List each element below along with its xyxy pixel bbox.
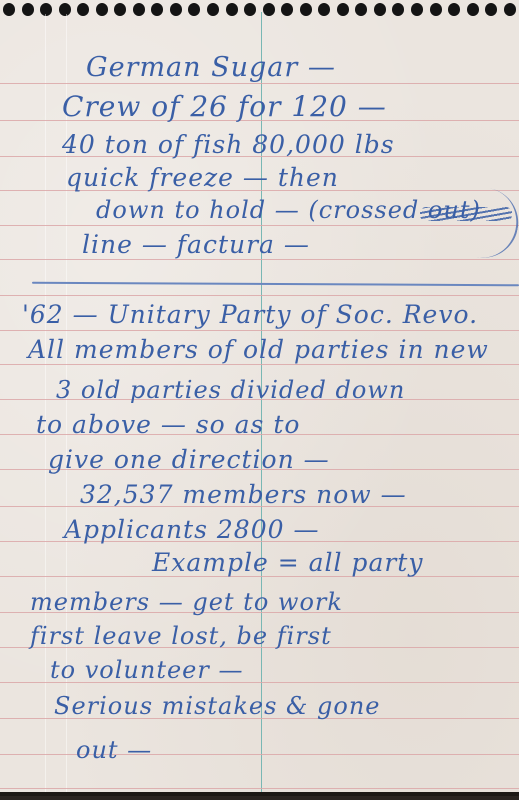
spiral-binding [0, 0, 519, 18]
spiral-hole [263, 3, 275, 16]
spiral-hole [96, 3, 108, 16]
handwritten-line: German Sugar — [86, 52, 336, 83]
spiral-hole [337, 3, 349, 16]
spiral-hole [188, 3, 200, 16]
handwritten-line: '62 — Unitary Party of Soc. Revo. [22, 300, 478, 329]
page-bottom-edge [0, 792, 519, 796]
handwritten-line: out — [76, 736, 152, 764]
handwritten-line-applicants: Applicants 2800 — [64, 515, 319, 544]
handwritten-line: All members of old parties in new [28, 335, 489, 364]
section-divider-stroke [32, 282, 519, 287]
spiral-hole [374, 3, 386, 16]
ruled-line [0, 259, 519, 260]
ruled-line [0, 330, 519, 331]
spiral-hole [467, 3, 479, 16]
ruled-line [0, 788, 519, 789]
spiral-hole [151, 3, 163, 16]
spiral-hole [22, 3, 34, 16]
spiral-hole [504, 3, 516, 16]
handwritten-line: quick freeze — then [66, 163, 339, 192]
spiral-hole [3, 3, 15, 16]
spiral-hole [59, 3, 71, 16]
spiral-hole [40, 3, 52, 16]
ruled-line [0, 225, 519, 226]
handwritten-line-members-count: 32,537 members now — [80, 480, 407, 509]
ruled-line [0, 364, 519, 365]
spiral-hole [244, 3, 256, 16]
spiral-hole [133, 3, 145, 16]
spiral-hole [281, 3, 293, 16]
faint-guide-line [45, 14, 46, 796]
handwritten-line: Example = all party [152, 548, 423, 577]
handwritten-line: Crew of 26 for 120 — [62, 90, 387, 123]
handwritten-line: Serious mistakes & gone [54, 692, 381, 720]
handwritten-line: 3 old parties divided down [56, 376, 405, 404]
spiral-hole [430, 3, 442, 16]
spiral-hole [114, 3, 126, 16]
spiral-hole [300, 3, 312, 16]
spiral-hole [355, 3, 367, 16]
spiral-hole [207, 3, 219, 16]
spiral-hole [77, 3, 89, 16]
spiral-hole [411, 3, 423, 16]
ruled-line [0, 295, 519, 296]
spiral-hole [226, 3, 238, 16]
handwritten-line: to above — so as to [36, 410, 300, 439]
handwritten-line: members — get to work [30, 588, 343, 616]
spiral-hole [318, 3, 330, 16]
handwritten-line: to volunteer — [50, 656, 243, 684]
handwritten-line: give one direction — [48, 445, 330, 474]
notebook-page: German Sugar — Crew of 26 for 120 — 40 t… [0, 0, 519, 796]
handwritten-line: first leave lost, be first [30, 622, 332, 650]
ruled-line [0, 83, 519, 84]
handwritten-line: 40 ton of fish 80,000 lbs [62, 130, 395, 159]
handwritten-line: line — factura — [82, 230, 310, 259]
spiral-hole [448, 3, 460, 16]
spiral-hole [170, 3, 182, 16]
spiral-hole [485, 3, 497, 16]
spiral-hole [392, 3, 404, 16]
